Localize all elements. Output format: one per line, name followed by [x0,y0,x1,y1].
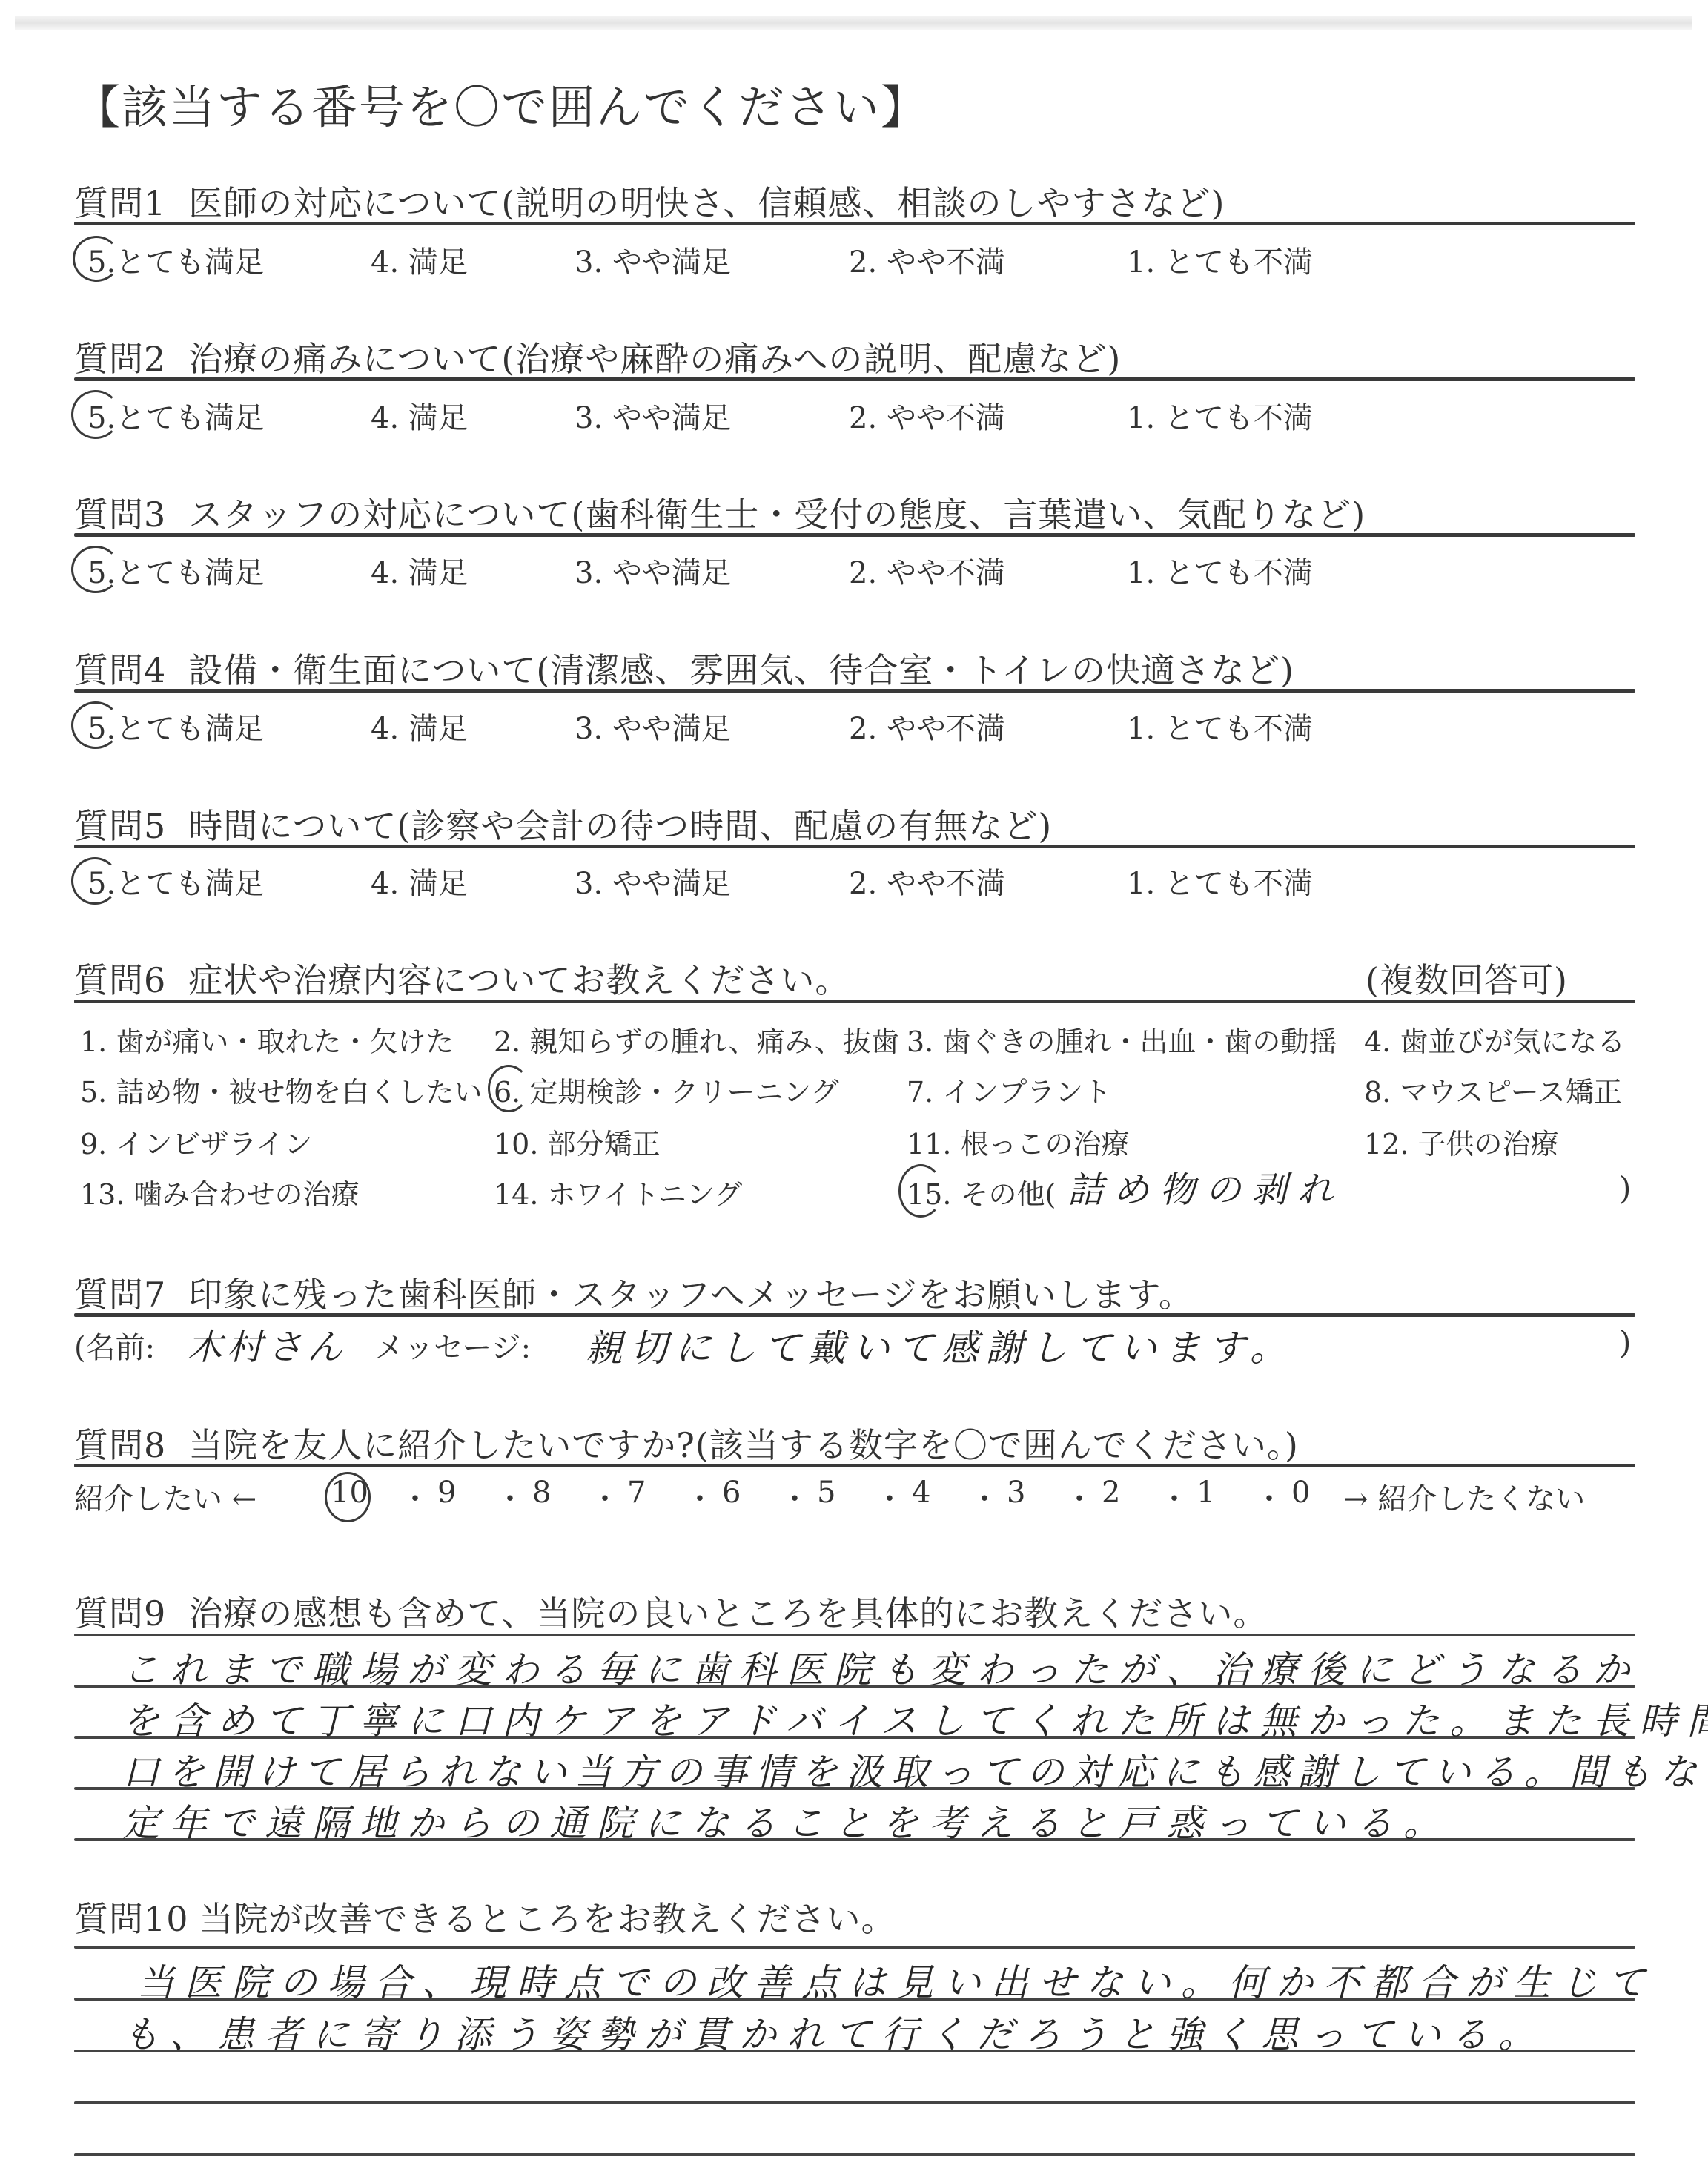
q3-option-2[interactable]: 2. やや不満 [849,549,1005,592]
q8-scale-dot: ・ [1065,1476,1094,1518]
q2-option-3[interactable]: 3. やや満足 [575,394,731,437]
q10-answer-line-2[interactable]: も、患者に寄り添う姿勢が貫かれて行くだろうと強く思っている。 [122,2005,1546,2058]
question-4-label: 質問4 [74,650,166,690]
q8-scale-4[interactable]: 4 [912,1476,930,1510]
q8-scale-dot: ・ [1159,1476,1189,1518]
question-7-text: 印象に残った歯科医師・スタッフへメッセージをお願いします。 [188,1275,1194,1315]
q8-scale-8[interactable]: 8 [532,1476,551,1510]
question-10-text: 当院が改善できるところをお教えください。 [199,1899,896,1939]
q3-option-3[interactable]: 3. やや満足 [575,549,731,592]
q6-item-11[interactable]: 11. 根っこの治療 [907,1121,1130,1162]
q7-message-label: メッセージ: [374,1324,531,1367]
q6-item-1[interactable]: 1. 歯が痛い・取れた・欠けた [80,1019,454,1060]
q7-name-value[interactable]: 木村さん [187,1318,347,1370]
q6-item-9[interactable]: 9. インビザライン [80,1121,312,1162]
q4-option-4[interactable]: 4. 満足 [371,705,468,747]
question-6-text: 症状や治療内容についてお教えください。 [188,960,850,1000]
question-6-title: 質問6症状や治療内容についてお教えください。 [74,954,850,1003]
q6-other-handwritten[interactable]: 詰め物の剥れ [1067,1161,1343,1212]
q7-close-paren: ) [1619,1324,1631,1361]
q2-selected-circle [71,390,120,439]
question-7-title: 質問7印象に残った歯科医師・スタッフへメッセージをお願いします。 [74,1268,1194,1317]
question-10-title: 質問10当院が改善できるところをお教えください。 [74,1892,896,1941]
q8-left-label: 紹介したい ← [74,1476,256,1518]
question-1-text: 医師の対応について(説明の明快さ、信頼感、相談のしやすさなど) [188,183,1225,223]
question-2-label: 質問2 [74,339,166,379]
q8-scale-6[interactable]: 6 [722,1476,741,1510]
q3-option-4[interactable]: 4. 満足 [371,549,468,592]
q10-line-0 [74,1946,1635,1949]
question-1-rule [74,222,1635,225]
question-6-multiple-note: (複数回答可) [1366,954,1568,1003]
question-8-text: 当院を友人に紹介したいですか?(該当する数字を〇で囲んでください。) [188,1425,1299,1465]
question-6-label: 質問6 [74,960,166,1000]
q5-option-4[interactable]: 4. 満足 [371,860,468,902]
q4-option-2[interactable]: 2. やや不満 [849,705,1005,747]
q8-scale-7[interactable]: 7 [627,1476,646,1510]
q5-option-2[interactable]: 2. やや不満 [849,860,1005,902]
q7-name-label: (名前: [74,1324,155,1367]
question-7-rule [74,1313,1635,1317]
q4-option-3[interactable]: 3. やや満足 [575,705,731,747]
q8-right-label: → 紹介したくない [1343,1476,1585,1518]
question-1-title: 質問1医師の対応について(説明の明快さ、信頼感、相談のしやすさなど) [74,176,1225,225]
q8-scale-0[interactable]: 0 [1291,1476,1310,1510]
q6-item-14[interactable]: 14. ホワイトニング [494,1172,742,1212]
question-3-text: スタッフの対応について(歯科衛生士・受付の態度、言葉遣い、気配りなど) [188,495,1366,535]
q6-item-2[interactable]: 2. 親知らずの腫れ、痛み、抜歯 [494,1019,899,1060]
q6-item-15-circle [898,1164,943,1218]
q5-option-1[interactable]: 1. とても不満 [1127,860,1313,902]
q1-option-2[interactable]: 2. やや不満 [849,239,1005,281]
q6-item-6-circle [488,1065,529,1112]
q1-option-4[interactable]: 4. 満足 [371,239,468,281]
q10-line-3 [74,2101,1635,2104]
question-5-title: 質問5時間について(診察や会計の待つ時間、配慮の有無など) [74,799,1052,848]
question-4-text: 設備・衛生面について(清潔感、雰囲気、待合室・トイレの快適さなど) [188,650,1294,690]
q10-answer-line-1[interactable]: 当医院の場合、現時点での改善点は見い出せない。何か不都合が生じて [137,1953,1655,2007]
question-8-label: 質問8 [74,1425,166,1465]
question-1-label: 質問1 [74,183,166,223]
question-8-title: 質問8当院を友人に紹介したいですか?(該当する数字を〇で囲んでください。) [74,1418,1299,1467]
q8-scale-dot: ・ [495,1476,525,1518]
q6-item-5[interactable]: 5. 詰め物・被せ物を白くしたい [80,1069,482,1110]
q8-scale-dot: ・ [400,1476,430,1518]
q9-answer-line-1[interactable]: これまで職場が変わる毎に歯科医院も変わったが、治療後にどうなるか [122,1640,1641,1694]
q9-line-0 [74,1634,1635,1636]
question-9-title: 質問9治療の感想も含めて、当院の良いところを具体的にお教えください。 [74,1587,1268,1636]
q8-scale-dot: ・ [780,1476,810,1518]
q9-answer-line-2[interactable]: を含めて丁寧に口内ケアをアドバイスしてくれた所は無かった。また長時間 [122,1691,1708,1745]
q6-item-8[interactable]: 8. マウスピース矯正 [1364,1069,1622,1110]
q8-scale-dot: ・ [970,1476,999,1518]
q8-scale-2[interactable]: 2 [1102,1476,1120,1510]
q5-option-3[interactable]: 3. やや満足 [575,860,731,902]
q8-scale-dot: ・ [685,1476,715,1518]
question-8-rule [74,1464,1635,1467]
question-5-text: 時間について(診察や会計の待つ時間、配慮の有無など) [188,806,1052,846]
q1-option-3[interactable]: 3. やや満足 [575,239,731,281]
q6-item-10[interactable]: 10. 部分矯正 [494,1121,661,1162]
q8-scale-10[interactable]: 10 [331,1476,368,1510]
question-2-text: 治療の痛みについて(治療や麻酔の痛みへの説明、配慮など) [188,339,1121,379]
q9-answer-line-3[interactable]: 口を開けて居られない当方の事情を汲取っての対応にも感謝している。間もなく [122,1743,1708,1796]
q5-selected-circle [71,857,119,905]
q6-item-4[interactable]: 4. 歯並びが気になる [1364,1019,1625,1060]
question-3-rule [74,533,1635,537]
question-4-title: 質問4設備・衛生面について(清潔感、雰囲気、待合室・トイレの快適さなど) [74,644,1294,693]
q6-item-3[interactable]: 3. 歯ぐきの腫れ・出血・歯の動揺 [907,1019,1337,1060]
question-5-rule [74,845,1635,848]
question-9-label: 質問9 [74,1593,166,1634]
question-4-rule [74,689,1635,693]
question-9-text: 治療の感想も含めて、当院の良いところを具体的にお教えください。 [188,1593,1268,1634]
q8-scale-1[interactable]: 1 [1196,1476,1215,1510]
q1-selected-circle [73,236,120,282]
q3-selected-circle [71,546,120,593]
question-6-rule [74,1000,1635,1003]
q8-scale-9[interactable]: 9 [437,1476,456,1510]
question-3-label: 質問3 [74,495,166,535]
q10-line-4 [74,2153,1635,2156]
q4-option-1[interactable]: 1. とても不満 [1127,705,1313,747]
q8-scale-dot: ・ [875,1476,904,1518]
form-instruction-title: 【該当する番号を〇で囲んでください】 [74,70,928,136]
q4-selected-circle [71,701,120,749]
question-3-title: 質問3スタッフの対応について(歯科衛生士・受付の態度、言葉遣い、気配りなど) [74,488,1366,537]
question-5-label: 質問5 [74,806,166,846]
q6-other-close-paren: ) [1619,1170,1631,1206]
q3-option-1[interactable]: 1. とても不満 [1127,549,1313,592]
q8-scale-3[interactable]: 3 [1007,1476,1025,1510]
q2-option-4[interactable]: 4. 満足 [371,394,468,437]
q6-item-7[interactable]: 7. インプラント [907,1069,1111,1110]
question-7-label: 質問7 [74,1275,166,1315]
q6-item-13[interactable]: 13. 噛み合わせの治療 [80,1172,360,1212]
q6-item-6[interactable]: 6. 定期検診・クリーニング [494,1069,839,1110]
q2-option-2[interactable]: 2. やや不満 [849,394,1005,437]
question-2-title: 質問2治療の痛みについて(治療や麻酔の痛みへの説明、配慮など) [74,332,1121,381]
q8-scale-5[interactable]: 5 [817,1476,835,1510]
scan-top-edge [15,16,1692,30]
q8-scale-dot: ・ [1254,1476,1284,1518]
q9-answer-line-4[interactable]: 定年で遠隔地からの通院になることを考えると戸惑っている。 [122,1794,1451,1847]
q7-message-value[interactable]: 親切にして戴いて感謝しています。 [586,1318,1294,1372]
q2-option-1[interactable]: 1. とても不満 [1127,394,1313,437]
q8-scale-dot: ・ [590,1476,620,1518]
question-10-label: 質問10 [74,1899,189,1939]
question-2-rule [74,377,1635,381]
q6-item-12[interactable]: 12. 子供の治療 [1364,1121,1559,1162]
q1-option-1[interactable]: 1. とても不満 [1127,239,1313,281]
